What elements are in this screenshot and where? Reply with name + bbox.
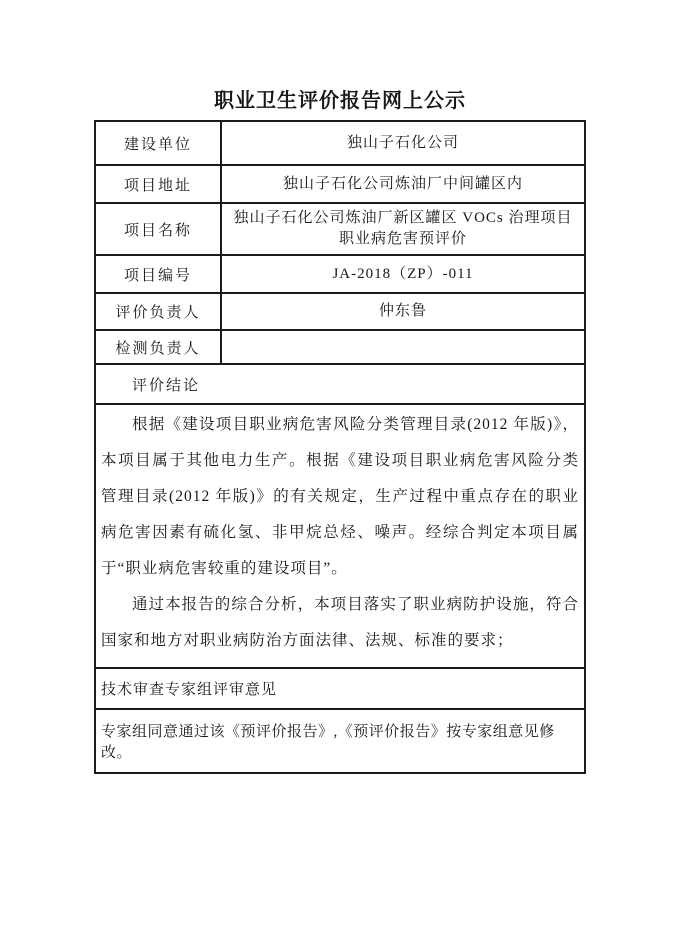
page-title: 职业卫生评价报告网上公示 bbox=[0, 0, 680, 120]
table-row-review-opinion: 专家组同意通过该《预评价报告》,《预评价报告》按专家组意见修改。 bbox=[95, 709, 585, 773]
table-row-project-name: 项目名称 独山子石化公司炼油厂新区罐区 VOCs 治理项目职业病危害预评价 bbox=[95, 203, 585, 255]
field-label-testing-leader: 检测负责人 bbox=[95, 330, 221, 364]
conclusion-header: 评价结论 bbox=[95, 364, 585, 404]
field-value-construction-unit: 独山子石化公司 bbox=[221, 121, 585, 165]
review-opinion: 专家组同意通过该《预评价报告》,《预评价报告》按专家组意见修改。 bbox=[95, 709, 585, 773]
field-value-project-name: 独山子石化公司炼油厂新区罐区 VOCs 治理项目职业病危害预评价 bbox=[221, 203, 585, 255]
field-value-testing-leader bbox=[221, 330, 585, 364]
table-row-review-header: 技术审查专家组评审意见 bbox=[95, 668, 585, 709]
table-row-project-address: 项目地址 独山子石化公司炼油厂中间罐区内 bbox=[95, 165, 585, 203]
field-label-construction-unit: 建设单位 bbox=[95, 121, 221, 165]
table-row-evaluation-leader: 评价负责人 仲东鲁 bbox=[95, 293, 585, 330]
document-page: 职业卫生评价报告网上公示 建设单位 独山子石化公司 项目地址 独山子石化公司炼油… bbox=[0, 0, 680, 945]
table-row-project-number: 项目编号 JA-2018（ZP）-011 bbox=[95, 255, 585, 293]
conclusion-paragraph-2: 通过本报告的综合分析，本项目落实了职业病防护设施，符合国家和地方对职业病防治方面… bbox=[101, 587, 579, 659]
table-row-conclusion-body: 根据《建设项目职业病危害风险分类管理目录(2012 年版)》，本项目属于其他电力… bbox=[95, 404, 585, 668]
field-value-project-number: JA-2018（ZP）-011 bbox=[221, 255, 585, 293]
field-label-project-number: 项目编号 bbox=[95, 255, 221, 293]
table-row-testing-leader: 检测负责人 bbox=[95, 330, 585, 364]
table-row-construction-unit: 建设单位 独山子石化公司 bbox=[95, 121, 585, 165]
review-header: 技术审查专家组评审意见 bbox=[95, 668, 585, 709]
field-label-evaluation-leader: 评价负责人 bbox=[95, 293, 221, 330]
conclusion-paragraph-1: 根据《建设项目职业病危害风险分类管理目录(2012 年版)》，本项目属于其他电力… bbox=[101, 407, 579, 587]
table-row-conclusion-header: 评价结论 bbox=[95, 364, 585, 404]
field-label-project-address: 项目地址 bbox=[95, 165, 221, 203]
field-value-evaluation-leader: 仲东鲁 bbox=[221, 293, 585, 330]
field-label-project-name: 项目名称 bbox=[95, 203, 221, 255]
conclusion-body-cell: 根据《建设项目职业病危害风险分类管理目录(2012 年版)》，本项目属于其他电力… bbox=[95, 404, 585, 668]
field-value-project-address: 独山子石化公司炼油厂中间罐区内 bbox=[221, 165, 585, 203]
notice-table: 建设单位 独山子石化公司 项目地址 独山子石化公司炼油厂中间罐区内 项目名称 独… bbox=[94, 120, 586, 774]
